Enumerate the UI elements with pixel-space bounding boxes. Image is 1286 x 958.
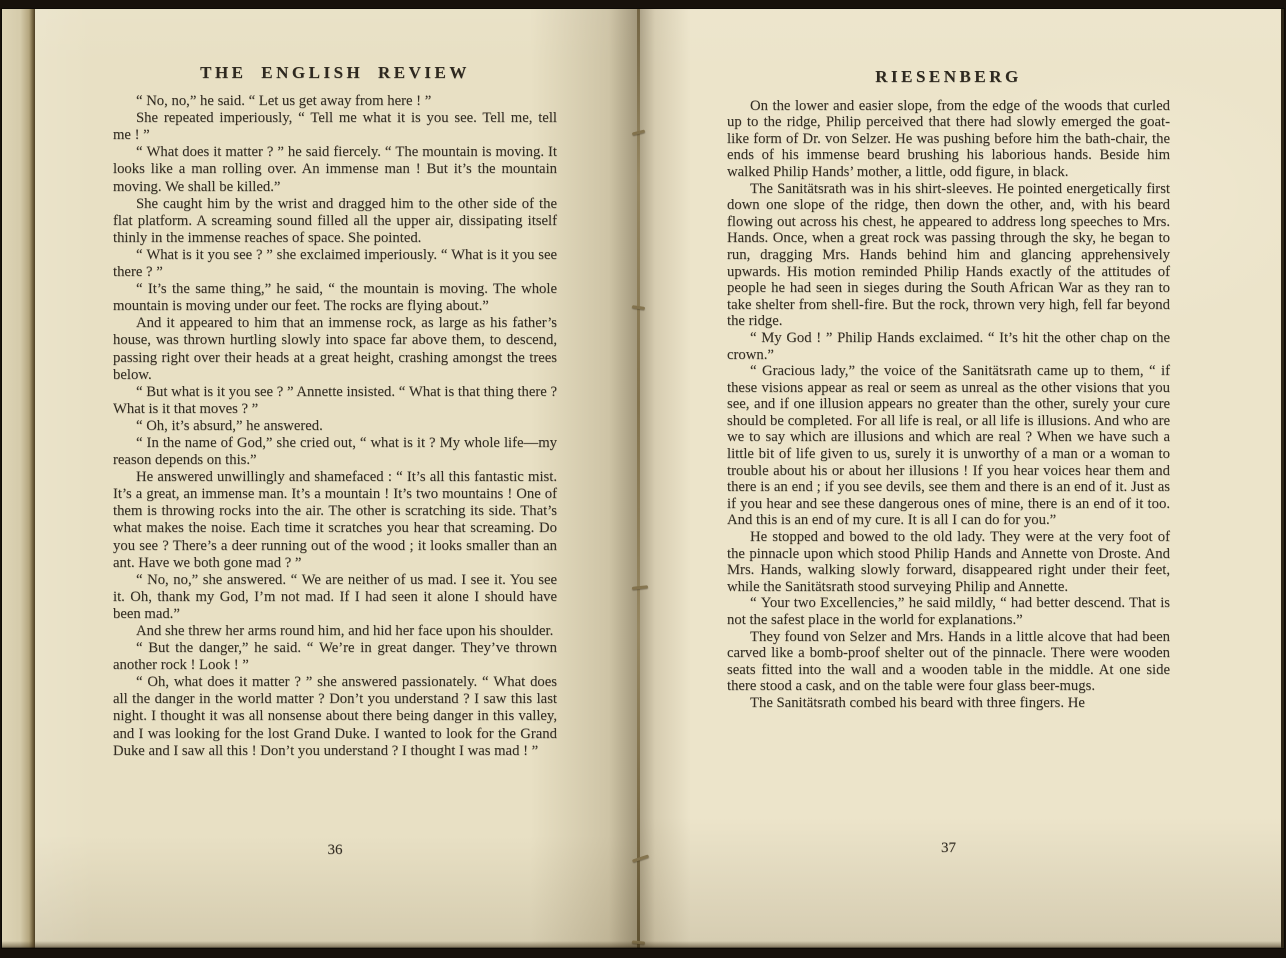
paragraph: “ No, no,” he said. “ Let us get away fr… [113, 93, 557, 110]
paragraph: “ What does it matter ? ” he said fierce… [113, 144, 557, 195]
paragraph: They found von Selzer and Mrs. Hands in … [727, 629, 1170, 695]
paragraph: “ Your two Excellencies,” he said mildly… [727, 595, 1170, 628]
page-number-left: 36 [113, 842, 557, 859]
stitch-thread [632, 940, 645, 944]
paragraph: “ But what is it you see ? ” Annette ins… [113, 384, 557, 418]
binding-gutter [637, 9, 640, 948]
left-page-text: THE ENGLISH REVIEW “ No, no,” he said. “… [113, 64, 557, 760]
book-scan: THE ENGLISH REVIEW “ No, no,” he said. “… [0, 0, 1286, 958]
paragraph: “ But the danger,” he said. “ We’re in g… [113, 640, 557, 674]
book-spread: THE ENGLISH REVIEW “ No, no,” he said. “… [2, 9, 1284, 948]
page-stack-edge [2, 9, 35, 948]
paragraph: “ Oh, what does it matter ? ” she answer… [113, 674, 557, 759]
paragraph: He answered unwillingly and shamefaced :… [113, 469, 557, 572]
running-header-right: RIESENBERG [727, 69, 1170, 86]
paragraph: On the lower and easier slope, from the … [727, 98, 1170, 181]
paragraph: The Sanitätsrath combed his beard with t… [727, 695, 1170, 712]
page-number-right: 37 [727, 840, 1170, 857]
paragraph: “ No, no,” she answered. “ We are neithe… [113, 572, 557, 623]
paragraph: And it appeared to him that an immense r… [113, 315, 557, 383]
paragraph: “ Gracious lady,” the voice of the Sanit… [727, 363, 1170, 529]
paragraph: “ Oh, it’s absurd,” he answered. [113, 418, 557, 435]
paragraph: “ My God ! ” Philip Hands exclaimed. “ I… [727, 330, 1170, 363]
paragraph: The Sanitätsrath was in his shirt-sleeve… [727, 181, 1170, 330]
right-page-text: RIESENBERG On the lower and easier slope… [727, 69, 1170, 712]
paragraph: She repeated imperiously, “ Tell me what… [113, 110, 557, 144]
paragraph: “ It’s the same thing,” he said, “ the m… [113, 281, 557, 315]
paragraph: “ In the name of God,” she cried out, “ … [113, 435, 557, 469]
paragraph: He stopped and bowed to the old lady. Th… [727, 529, 1170, 595]
running-header-left: THE ENGLISH REVIEW [113, 64, 557, 81]
paragraph: She caught him by the wrist and dragged … [113, 196, 557, 247]
paragraph: “ What is it you see ? ” she exclaimed i… [113, 247, 557, 281]
paragraph: And she threw her arms round him, and hi… [113, 623, 557, 640]
